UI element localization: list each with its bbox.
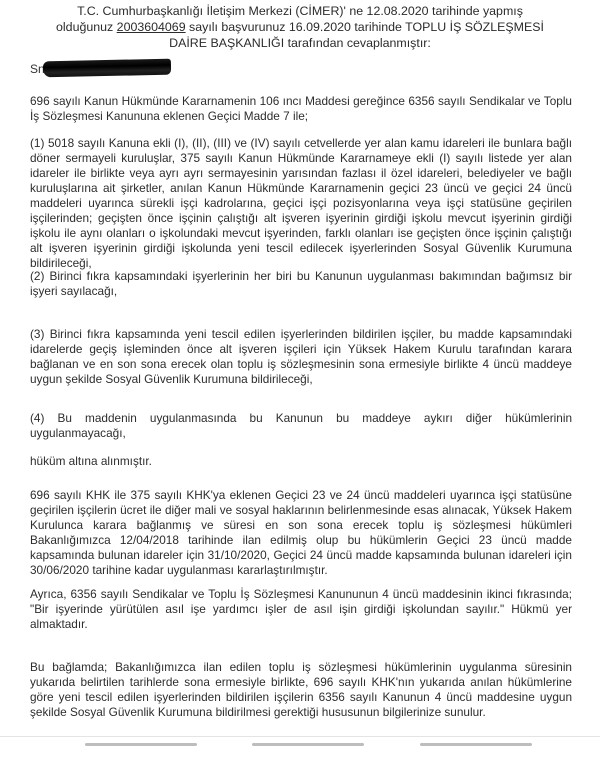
paragraph-khk-explanation: 696 sayılı KHK ile 375 sayılı KHK'ya ekl…: [30, 488, 572, 578]
application-number: 2003604069: [117, 20, 186, 34]
bottom-nav-indicator-2[interactable]: [252, 743, 364, 746]
paragraph-text: Bu bağlamda; Bakanlığımızca ilan edilen …: [30, 660, 572, 720]
paragraph-text: hüküm altına alınmıştır.: [30, 454, 572, 469]
paragraph-conclusion-clause: hüküm altına alınmıştır.: [30, 454, 572, 469]
header-line-3: DAİRE BAŞKANLIĞI tarafından cevaplanmışt…: [20, 35, 580, 51]
header-line-1: T.C. Cumhurbaşkanlığı İletişim Merkezi (…: [20, 3, 580, 19]
paragraph-text: Ayrıca, 6356 sayılı Sendikalar ve Toplu …: [30, 587, 572, 632]
paragraph-text: (4) Bu maddenin uygulanmasında bu Kanunu…: [30, 411, 572, 441]
paragraph-intro: 696 sayılı Kanun Hükmünde Kararnamenin 1…: [30, 94, 572, 124]
header-line-2-prefix: olduğunuz: [56, 20, 117, 34]
paragraph-text: (2) Birinci fıkra kapsamındaki işyerleri…: [30, 269, 572, 299]
bottom-nav-indicator-3[interactable]: [420, 743, 532, 746]
paragraph-additional-note: Ayrıca, 6356 sayılı Sendikalar ve Toplu …: [30, 587, 572, 632]
cimer-response-document: T.C. Cumhurbaşkanlığı İletişim Merkezi (…: [0, 0, 600, 768]
paragraph-clause-4: (4) Bu maddenin uygulanmasında bu Kanunu…: [30, 411, 572, 441]
paragraph-text: (3) Birinci fıkra kapsamında yeni tescil…: [30, 327, 572, 387]
bottom-divider: [0, 736, 600, 737]
salutation: Sn: [30, 61, 171, 78]
paragraph-clause-3: (3) Birinci fıkra kapsamında yeni tescil…: [30, 327, 572, 387]
header-line-2-suffix: sayılı başvurunuz 16.09.2020 tarihinde T…: [186, 20, 544, 34]
paragraph-text: 696 sayılı KHK ile 375 sayılı KHK'ya ekl…: [30, 488, 572, 578]
paragraph-clause-1: (1) 5018 sayılı Kanuna ekli (I), (II), (…: [30, 136, 572, 271]
paragraph-text: 696 sayılı Kanun Hükmünde Kararnamenin 1…: [30, 94, 572, 124]
paragraph-text: (1) 5018 sayılı Kanuna ekli (I), (II), (…: [30, 136, 572, 271]
document-header: T.C. Cumhurbaşkanlığı İletişim Merkezi (…: [20, 3, 580, 51]
paragraph-final: Bu bağlamda; Bakanlığımızca ilan edilen …: [30, 660, 572, 720]
paragraph-clause-2: (2) Birinci fıkra kapsamındaki işyerleri…: [30, 269, 572, 299]
bottom-nav-indicator-1[interactable]: [85, 743, 197, 746]
redacted-name: [43, 58, 171, 77]
header-line-2: olduğunuz 2003604069 sayılı başvurunuz 1…: [20, 19, 580, 35]
